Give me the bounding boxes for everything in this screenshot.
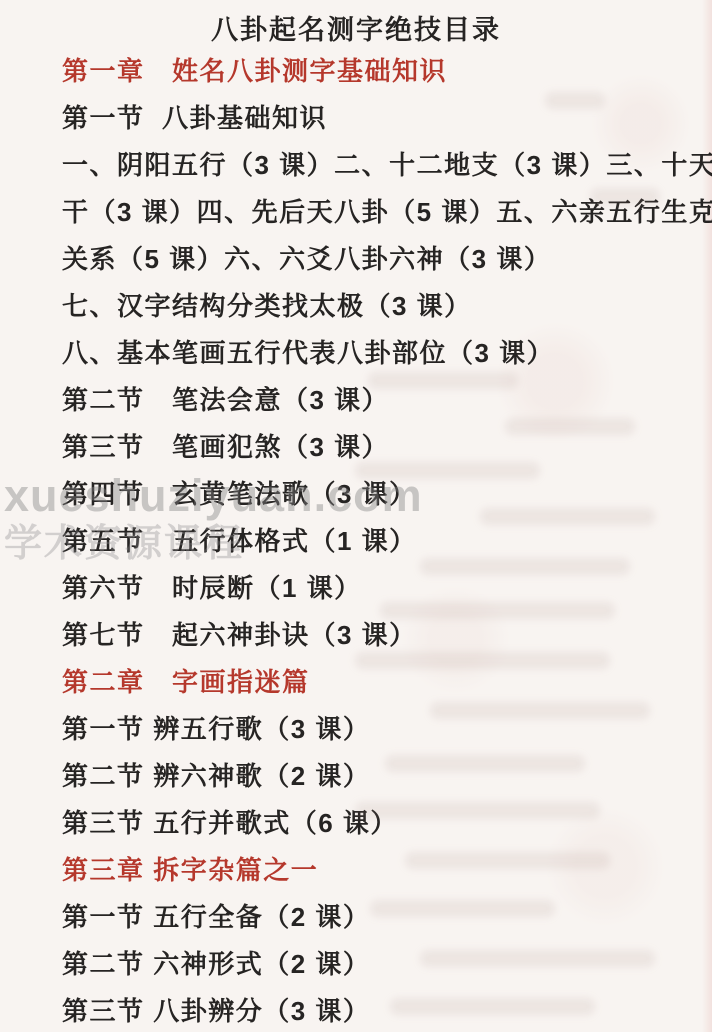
- toc-section: 第三节 八卦辨分（3 课）: [62, 986, 692, 1032]
- toc-section: 第七节 起六神卦诀（3 课）: [62, 610, 692, 657]
- toc-chapter-3: 第三章 拆字杂篇之一: [62, 845, 692, 892]
- toc-section: 第三节 笔画犯煞（3 课）: [62, 422, 692, 469]
- doc-title: 八卦起名测字绝技目录: [0, 0, 712, 46]
- toc-chapter-1: 第一章 姓名八卦测字基础知识: [62, 46, 692, 93]
- toc-list: 第一章 姓名八卦测字基础知识 第一节 八卦基础知识 一、阴阳五行（3 课）二、十…: [62, 46, 692, 1032]
- scanned-toc-page: 八卦起名测字绝技目录 第一章 姓名八卦测字基础知识 第一节 八卦基础知识 一、阴…: [0, 0, 712, 1032]
- toc-section: 第三节 五行并歌式（6 课）: [62, 798, 692, 845]
- toc-section: 第五节 五行体格式（1 课）: [62, 516, 692, 563]
- toc-chapter-2: 第二章 字画指迷篇: [62, 657, 692, 704]
- toc-section: 第一节 八卦基础知识: [62, 93, 692, 140]
- toc-section: 第六节 时辰断（1 课）: [62, 563, 692, 610]
- toc-section: 第四节 玄黄笔法歌（3 课）: [62, 469, 692, 516]
- toc-section: 第二节 辨六神歌（2 课）: [62, 751, 692, 798]
- toc-body-line: 八、基本笔画五行代表八卦部位（3 课）: [62, 328, 692, 375]
- toc-body-line: 干（3 课）四、先后天八卦（5 课）五、六亲五行生克: [62, 187, 692, 234]
- toc-body-line: 七、汉字结构分类找太极（3 课）: [62, 281, 692, 328]
- toc-section: 第一节 辨五行歌（3 课）: [62, 704, 692, 751]
- toc-section: 第二节 笔法会意（3 课）: [62, 375, 692, 422]
- toc-body-line: 关系（5 课）六、六爻八卦六神（3 课）: [62, 234, 692, 281]
- toc-body-line: 一、阴阳五行（3 课）二、十二地支（3 课）三、十天: [62, 140, 692, 187]
- toc-section: 第一节 五行全备（2 课）: [62, 892, 692, 939]
- toc-section: 第二节 六神形式（2 课）: [62, 939, 692, 986]
